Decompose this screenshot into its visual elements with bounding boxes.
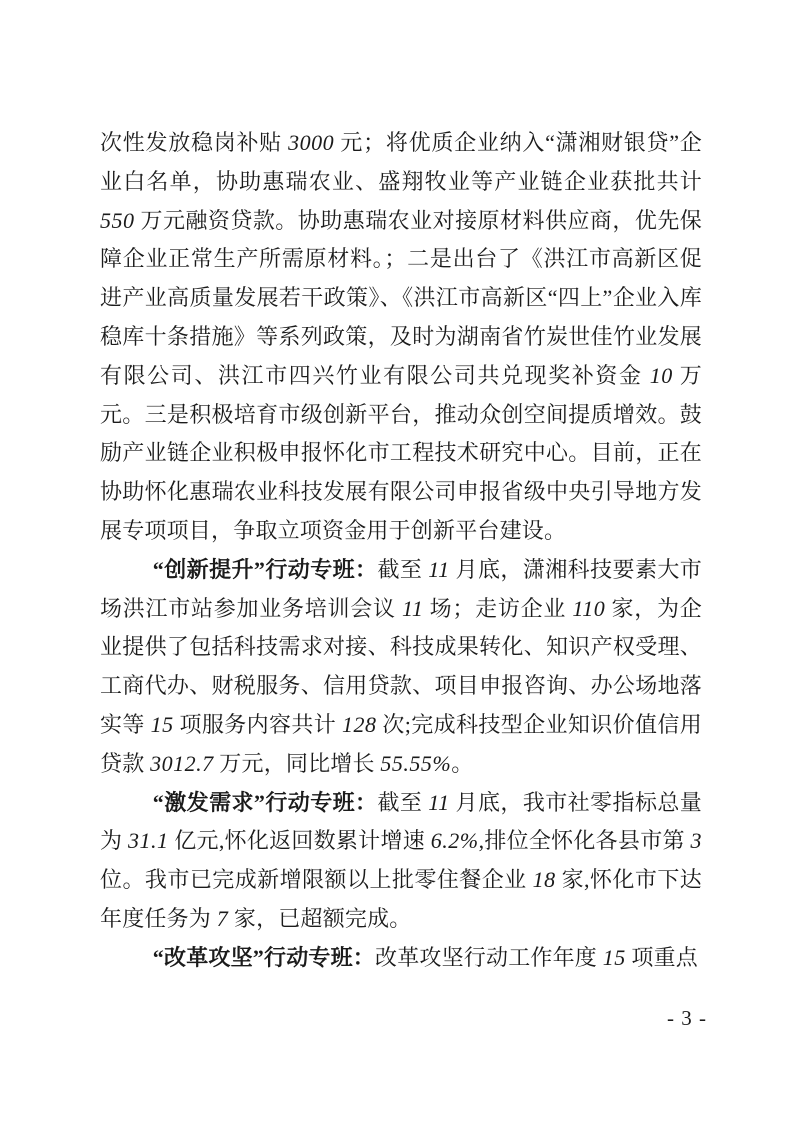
body-text: 场；走访企业: [423, 596, 572, 621]
numeric-value: 550: [100, 208, 135, 233]
body-text: 万元，同比增长: [214, 751, 381, 776]
numeric-value: 15: [151, 712, 174, 737]
paragraph-lead: “改革攻坚”行动专班：: [153, 945, 375, 970]
body-text: 位。我市已完成新增限额以上批零住餐企业: [100, 867, 533, 892]
numeric-value: 55.55%: [380, 751, 451, 776]
document-page: 次性发放稳岗补贴 3000 元；将优质企业纳入“潇湘财银贷”企业白名单，协助惠瑞…: [0, 0, 793, 1122]
paragraph-lead: “创新提升”行动专班：: [153, 557, 378, 582]
numeric-value: 3012.7: [150, 751, 214, 776]
document-body: 次性发放稳岗补贴 3000 元；将优质企业纳入“潇湘财银贷”企业白名单，协助惠瑞…: [100, 124, 702, 978]
numeric-value: 110: [572, 596, 605, 621]
numeric-value: 11: [402, 596, 423, 621]
paragraph: “创新提升”行动专班：截至 11 月底，潇湘科技要素大市场洪江市站参加业务培训会…: [100, 551, 702, 784]
body-text: 万元。三是积极培育市级创新平台，推动众创空间提质增效。鼓励产业链企业积极申报怀化…: [100, 363, 702, 543]
body-text: 改革攻坚行动工作年度: [375, 945, 603, 970]
numeric-value: 11: [428, 557, 449, 582]
body-text: 。: [451, 751, 473, 776]
body-text: 项服务内容共计: [174, 712, 342, 737]
body-text: 家，已超额完成。: [228, 906, 411, 931]
body-text: 截至: [377, 557, 428, 582]
paragraph: 次性发放稳岗补贴 3000 元；将优质企业纳入“潇湘财银贷”企业白名单，协助惠瑞…: [100, 124, 702, 551]
numeric-value: 31.1: [128, 828, 169, 853]
body-text: ,排位全怀化各县市第: [479, 828, 691, 853]
paragraph: “激发需求”行动专班：截至 11 月底，我市社零指标总量为 31.1 亿元,怀化…: [100, 784, 702, 939]
numeric-value: 128: [342, 712, 377, 737]
numeric-value: 18: [533, 867, 556, 892]
paragraph: “改革攻坚”行动专班：改革攻坚行动工作年度 15 项重点: [100, 939, 702, 978]
body-text: 亿元,怀化返回数累计增速: [169, 828, 431, 853]
body-text: 截至: [377, 790, 428, 815]
numeric-value: 3000: [288, 130, 334, 155]
body-text: 万元融资贷款。协助惠瑞农业对接原材料供应商，优先保障企业正常生产所需原材料。；二…: [100, 208, 702, 388]
numeric-value: 3: [691, 828, 703, 853]
numeric-value: 15: [603, 945, 626, 970]
body-text: 项重点: [626, 945, 698, 970]
numeric-value: 10: [650, 363, 673, 388]
numeric-value: 11: [428, 790, 449, 815]
page-number: - 3 -: [667, 1006, 707, 1031]
paragraph-lead: “激发需求”行动专班：: [153, 790, 378, 815]
numeric-value: 7: [217, 906, 229, 931]
body-text: 次性发放稳岗补贴: [100, 130, 288, 155]
numeric-value: 6.2%: [431, 828, 479, 853]
